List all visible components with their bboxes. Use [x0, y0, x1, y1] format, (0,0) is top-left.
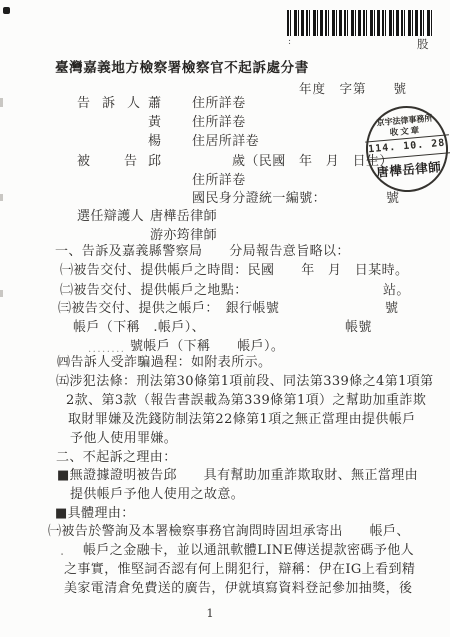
defendant-id-suffix: 號 [386, 192, 399, 207]
section2-sub1-line2: 帳戶之金融卡，並以通訊軟體LINE傳送提款密碼予他人 [83, 544, 414, 559]
section2-heading: 二、不起訴之理由： [56, 451, 177, 466]
scan-artifact [0, 98, 3, 107]
page-number: 1 [0, 606, 420, 620]
barcode-tick: : [288, 37, 291, 47]
complainant-name: 蕭 [148, 97, 161, 112]
counsel-name: 游亦筠律師 [150, 229, 217, 244]
section1-item2-right: 站。 [383, 284, 410, 299]
complainant-address: 住所詳卷 [192, 116, 246, 131]
complainant-address: 住所詳卷 [192, 97, 246, 112]
document-page: : 股 臺灣嘉義地方檢察署檢察官不起訴處分書 年度 字第 號 告訴人 蕭 住所詳… [0, 0, 450, 637]
section1-item3-line2-right: 帳號 [345, 321, 372, 336]
document-title: 臺灣嘉義地方檢察署檢察官不起訴處分書 [55, 61, 309, 77]
section1-item2: ㈡被告交付、提供帳戶之地點： [60, 284, 248, 299]
defendant-address: 住所詳卷 [192, 174, 246, 189]
assign-unit-label: 股 [417, 36, 429, 52]
barcode-icon [287, 10, 434, 36]
counsel-name: 唐樺岳律師 [150, 210, 217, 225]
section2-sub1-line4: 美家電清倉免費送的廣告，伊就填寫資料登記參加抽獎，後 [64, 582, 412, 597]
scan-artifact [3, 7, 10, 14]
stamp-lawyer-name: 唐樺岳律師 [369, 157, 448, 182]
section1-heading: 一、告訴及嘉義縣警察局 分局報告意旨略以： [55, 245, 350, 260]
scan-artifact [0, 290, 3, 297]
counsel-label: 選任辯護人 [77, 210, 144, 225]
section1-item5-line3: 取財罪嫌及洗錢防制法第22條第1項之無正當理由提供帳戶 [68, 413, 416, 428]
section1-item3: ㈢被告交付、提供之帳戶： 銀行帳號 [58, 302, 279, 317]
complainant-label: 告訴人 [77, 97, 152, 112]
section1-item3-right: 號 [385, 302, 398, 317]
section1-item5-line2: 2款、第3款（報告書誤載為第339條第1項）之幫助加重詐欺 [66, 394, 426, 409]
redaction-mark: . [60, 545, 65, 560]
section2-sub1-line3: 之事實，惟堅詞否認有何上開犯行，辯稱：伊在IG上看到精 [64, 563, 415, 578]
receipt-stamp: 京宇法律事務所 收文章 114. 10. 28 唐樺岳律師 [362, 103, 450, 196]
scan-artifact [0, 194, 3, 201]
complainant-name: 楊 [148, 135, 161, 150]
redaction-dots: ........ [88, 344, 125, 356]
section1-item5: ㈤涉犯法條：刑法第30條第1項前段、同法第339條之4第1項第 [56, 375, 434, 390]
section1-item1: ㈠被告交付、提供帳戶之時間：民國 年 月 日某時。 [60, 264, 408, 279]
section2-sub1: ㈠被告於警詢及本署檢察事務官詢問時固坦承寄出 帳戶、 [48, 525, 410, 540]
complainant-name: 黃 [148, 116, 161, 131]
section2-point1-line2: 提供帳戶予他人使用之故意。 [70, 488, 244, 503]
section2-point1: ■無證據證明被告邱 具有幫助加重詐欺取財、無正當理由 [57, 469, 418, 484]
section1-item5-line4: 予他人使用罪嫌。 [70, 432, 177, 447]
section1-item3-line3: 號帳戶（下稱 帳戶）。 [130, 340, 284, 355]
section1-item3-line2: 帳戶（下稱 .帳戶）、 [73, 321, 205, 336]
case-number: 年度 字第 號 [299, 82, 407, 96]
section2-point2: ■具體理由： [55, 507, 135, 522]
defendant-id-label: 國民身分證統一編號： [192, 192, 326, 207]
defendant-name: 邱 [148, 155, 161, 170]
section1-item4: ㈣告訴人受詐騙過程：如附表所示。 [57, 356, 271, 371]
complainant-address: 住居所詳卷 [192, 135, 259, 150]
